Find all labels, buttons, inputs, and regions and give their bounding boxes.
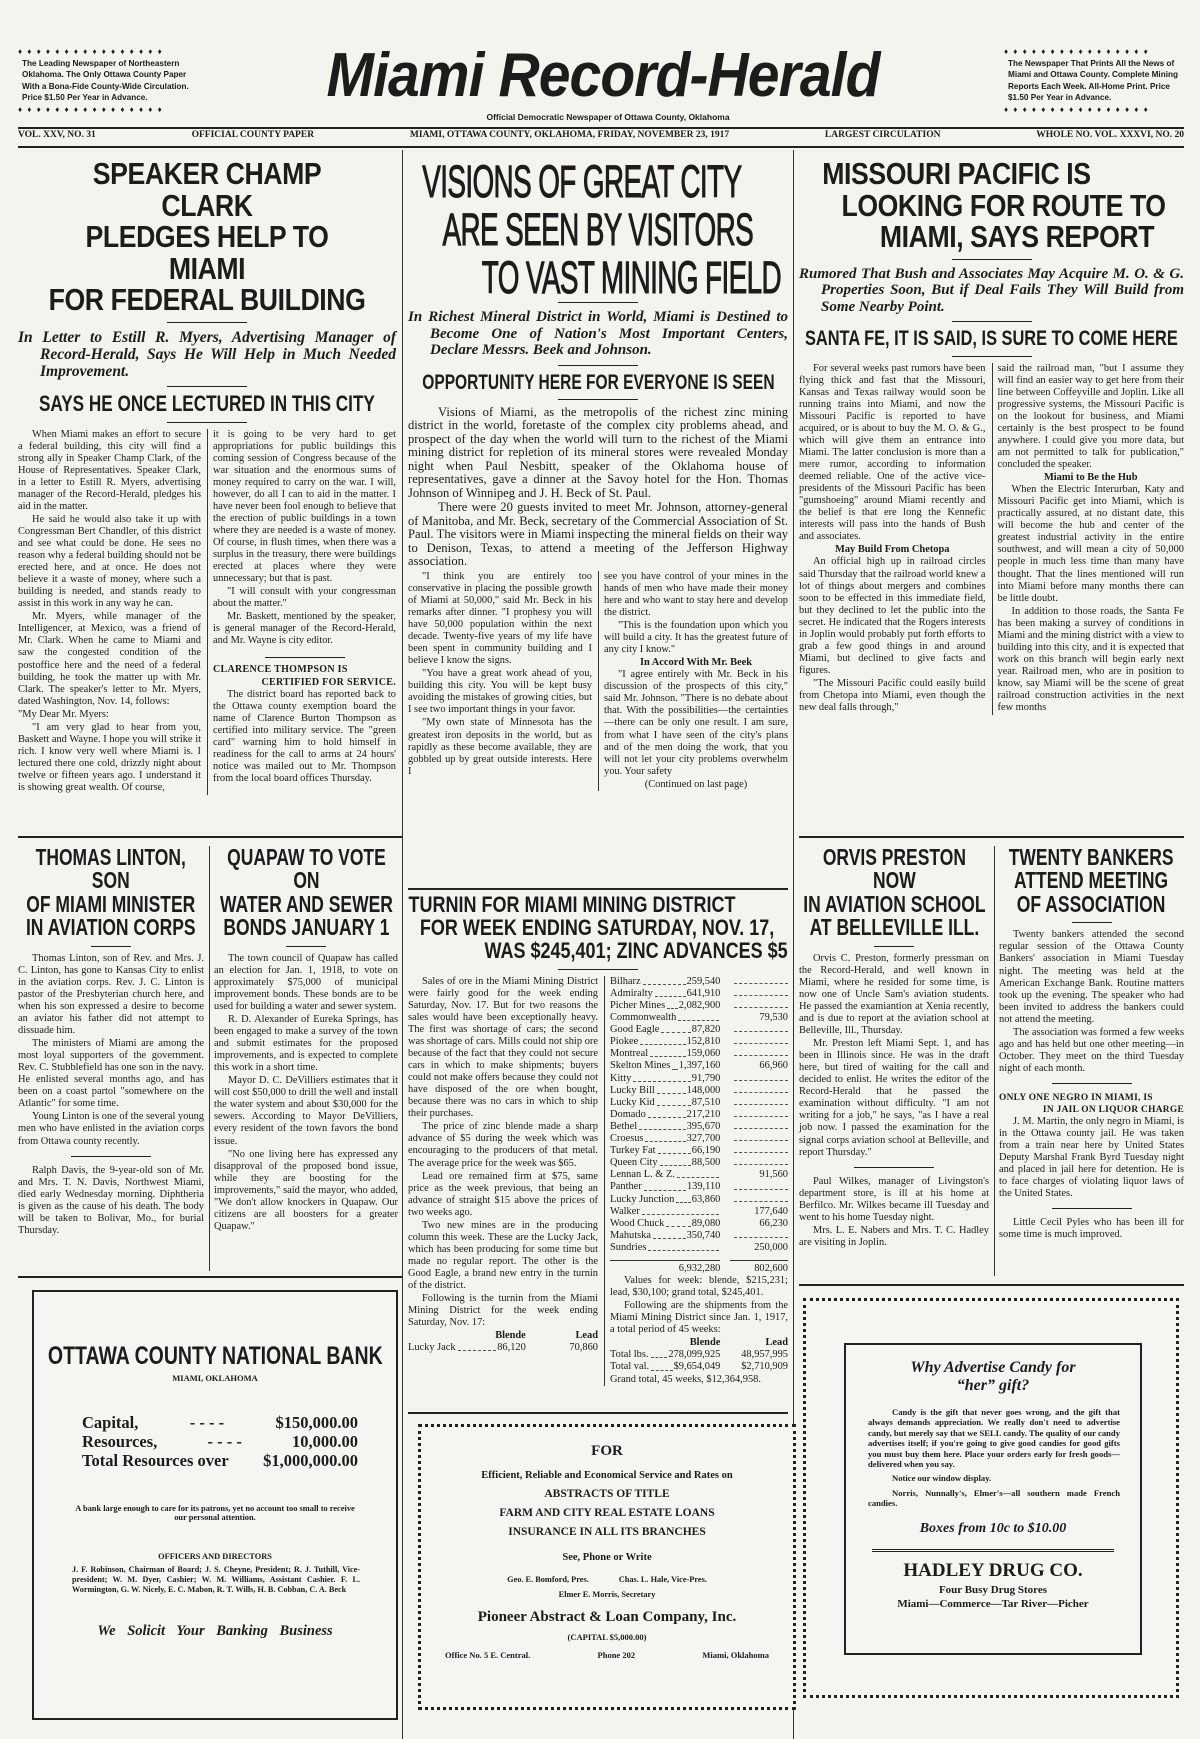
paragraph: Mr. Baskett, mentioned by the speaker, i… xyxy=(213,611,396,647)
paragraph: Candy is the gift that never goes wrong,… xyxy=(868,1407,1120,1469)
mine-blende: 159,060 xyxy=(687,1048,721,1060)
mine-lead xyxy=(734,1109,788,1117)
mine-lead xyxy=(734,976,788,984)
mine-lead xyxy=(734,1085,788,1093)
article-linton: THOMAS LINTON, SON OF MIAMI MINISTER IN … xyxy=(18,846,204,1238)
missouri-body: For several weeks past rumors have been … xyxy=(799,363,1184,715)
mine-blende: 63,860 xyxy=(692,1194,721,1206)
divider xyxy=(265,657,345,658)
service-line: INSURANCE IN ALL ITS BRANCHES xyxy=(421,1523,793,1542)
mine-name: Bethel xyxy=(610,1121,637,1133)
quapaw-body: The town council of Quapaw has called an… xyxy=(214,953,398,1233)
paragraph: In addition to those roads, the Santa Fe… xyxy=(998,606,1185,714)
total-lbs-label: Total lbs. xyxy=(610,1349,649,1361)
paragraph: Following is the turnin from the Miami M… xyxy=(408,1293,598,1329)
paragraph: "I agree entirely with Mr. Beck in his d… xyxy=(604,669,788,777)
header-blende: Blende xyxy=(408,1330,526,1342)
divider xyxy=(952,259,1032,260)
paragraph: Visions of Miami, as the metropolis of t… xyxy=(408,406,788,501)
divider xyxy=(558,969,638,970)
paragraph: Mayor D. C. DeVilliers estimates that it… xyxy=(214,1075,398,1147)
resources-label: Resources, xyxy=(82,1432,157,1451)
service-line: FARM AND CITY REAL ESTATE LOANS xyxy=(421,1504,793,1523)
visions-headline-line: TO VAST MINING FIELD xyxy=(407,254,789,302)
paragraph: "I think you are entirely too conservati… xyxy=(408,571,592,667)
paragraph: "I will consult with your congressman ab… xyxy=(213,586,396,610)
column-rule xyxy=(994,846,995,1276)
mine-lead: 66,960 xyxy=(720,1060,788,1072)
mine-lead: 91,560 xyxy=(720,1169,788,1181)
paragraph: "No one living here has expressed any di… xyxy=(214,1149,398,1233)
mine-name: Queen City xyxy=(610,1157,658,1169)
clark-subhead: SAYS HE ONCE LECTURED IN THIS CITY xyxy=(18,393,395,415)
folio-dateline: Miami, Ottawa County, Oklahoma, Friday, … xyxy=(410,130,729,144)
paragraph: it is going to be very hard to get appro… xyxy=(213,429,396,586)
pioneer-officers-row: Geo. E. Bomford, Pres. Chas. L. Hale, Vi… xyxy=(421,1575,793,1584)
preston-headline: ORVIS PRESTON NOW IN AVIATION SCHOOL AT … xyxy=(799,846,990,940)
mine-lead: 250,000 xyxy=(720,1242,788,1254)
clark-headline: SPEAKER CHAMP CLARK PLEDGES HELP TO MIAM… xyxy=(44,158,369,316)
mine-row: Mahutska350,740 xyxy=(610,1230,788,1242)
mine-name: Montreal xyxy=(610,1048,648,1060)
divider xyxy=(558,399,638,400)
nabers-item: Mrs. L. E. Nabers and Mrs. T. C. Hadley … xyxy=(799,1225,989,1249)
section-rule xyxy=(408,1412,788,1414)
divider xyxy=(1072,922,1112,923)
mine-lead xyxy=(734,1133,788,1141)
mine-name: Mahutska xyxy=(610,1230,651,1242)
mine-blende: 395,670 xyxy=(687,1121,721,1133)
preston-body: Orvis C. Preston, formerly pressman on t… xyxy=(799,953,989,1249)
resources-value: 10,000.00 xyxy=(292,1432,358,1451)
clark-headline-line: PLEDGES HELP TO MIAMI xyxy=(44,221,369,284)
paragraph: Sales of ore in the Miami Mining Distric… xyxy=(408,976,598,1121)
folio-official: Official County Paper xyxy=(192,130,314,144)
masthead: ♦ ♦ ♦ ♦ ♦ ♦ ♦ ♦ ♦ ♦ ♦ ♦ ♦ ♦ ♦ ♦ The Lead… xyxy=(18,44,1184,126)
paragraph: When the Electric Interurban, Katy and M… xyxy=(998,484,1185,604)
divider xyxy=(558,365,638,366)
hadley-boxes: Boxes from 10c to $10.00 xyxy=(846,1521,1140,1537)
paragraph: Notice our window display. xyxy=(868,1473,1120,1483)
folio-circulation: Largest Circulation xyxy=(825,130,941,144)
missouri-deck: Rumored That Bush and Associates May Acq… xyxy=(799,266,1184,316)
mine-name: Skelton Mines xyxy=(610,1060,670,1072)
article-turnin: TURNIN FOR MIAMI MINING DISTRICT FOR WEE… xyxy=(408,894,788,1386)
ad-pioneer-abstract: FOR Efficient, Reliable and Economical S… xyxy=(418,1424,796,1710)
mine-row: Lucky Junction63,860 xyxy=(610,1194,788,1206)
pioneer-secretary: Elmer E. Morris, Secretary xyxy=(421,1590,793,1599)
turnin-col-2: Bilharz259,540Admiralty641,910Picher Min… xyxy=(604,976,788,1386)
mine-blende: 1,397,160 xyxy=(679,1060,721,1072)
paragraph: The price of zinc blende made a sharp ad… xyxy=(408,1121,598,1169)
paragraph: Mr. Preston left Miami Sept. 1, and has … xyxy=(799,1038,989,1158)
paragraph: "My Dear Mr. Myers: xyxy=(18,709,201,721)
pioneer-services-list: ABSTRACTS OF TITLE FARM AND CITY REAL ES… xyxy=(421,1485,793,1542)
bank-solicit: We Solicit Your Banking Business xyxy=(34,1623,396,1640)
mine-row: Queen City88,500 xyxy=(610,1157,788,1169)
paragraph: see you have control of your mines in th… xyxy=(604,571,788,619)
hadley-headline-line: Why Advertise Candy for xyxy=(846,1359,1140,1377)
visions-subhead: OPPORTUNITY HERE FOR EVERYONE IS SEEN xyxy=(407,372,789,393)
pioneer-contact: See, Phone or Write xyxy=(421,1552,793,1563)
section-rule xyxy=(799,1284,1184,1286)
thompson-headline-1: CLARENCE THOMPSON IS xyxy=(213,664,396,676)
paragraph: Twenty bankers attended the second regul… xyxy=(999,929,1184,1025)
turnin-headline-line: TURNIN FOR MIAMI MINING DISTRICT xyxy=(408,894,788,917)
mine-name: Domado xyxy=(610,1109,646,1121)
mine-row: Piokee152,810 xyxy=(610,1036,788,1048)
continued-link[interactable]: (Continued on last page) xyxy=(604,779,788,791)
hadley-body: Candy is the gift that never goes wrong,… xyxy=(868,1407,1120,1509)
linton-body: Thomas Linton, son of Rev. and Mrs. J. C… xyxy=(18,953,204,1237)
mine-blende: 327,700 xyxy=(687,1133,721,1145)
newspaper-title: Miami Record-Herald xyxy=(299,40,906,112)
clark-headline-line: FOR FEDERAL BUILDING xyxy=(44,284,369,316)
mine-blende: 87,510 xyxy=(692,1097,721,1109)
ear-left-dots-top: ♦ ♦ ♦ ♦ ♦ ♦ ♦ ♦ ♦ ♦ ♦ ♦ ♦ ♦ ♦ ♦ xyxy=(18,46,198,58)
pyles-item: Little Cecil Pyles who has been ill for … xyxy=(999,1217,1184,1241)
divider xyxy=(952,356,1032,357)
visions-headline-line: ARE SEEN BY VISITORS xyxy=(407,206,789,254)
bank-motto: A bank large enough to care for its patr… xyxy=(70,1504,360,1522)
paragraph: Lead ore remained firm at $75, same pric… xyxy=(408,1171,598,1219)
divider xyxy=(872,1549,1114,1554)
folio-volume: Vol. XXV, No. 31 xyxy=(18,130,96,144)
mine-row: Bethel395,670 xyxy=(610,1121,788,1133)
mine-blende: 66,190 xyxy=(692,1145,721,1157)
mine-lead xyxy=(734,1000,788,1008)
martin-body: J. M. Martin, the only negro in Miami, i… xyxy=(999,1116,1184,1200)
thompson-headline-2: CERTIFIED FOR SERVICE. xyxy=(213,677,396,689)
linton-headline-line: THOMAS LINTON, SON xyxy=(18,846,205,893)
bankers-headline: TWENTY BANKERS ATTEND MEETING OF ASSOCIA… xyxy=(999,846,1185,916)
quapaw-headline: QUAPAW TO VOTE ON WATER AND SEWER BONDS … xyxy=(214,846,399,940)
pioneer-office: Office No. 5 E. Central. xyxy=(445,1650,530,1660)
dashes: - - - - xyxy=(190,1413,224,1432)
pioneer-phone: Phone 202 xyxy=(598,1650,636,1660)
visions-col-1: "I think you are entirely too conservati… xyxy=(408,571,592,791)
mine-blende: 259,540 xyxy=(687,976,721,988)
mine-name: Commonwealth xyxy=(610,1012,676,1024)
missouri-col-2: said the railroad man, "but I assume the… xyxy=(992,363,1185,715)
capital-value: $150,000.00 xyxy=(276,1413,359,1432)
mine-blende: 152,810 xyxy=(687,1036,721,1048)
shipments-since: Following are the shipments from the Mia… xyxy=(610,1300,788,1336)
mine-blende: 87,820 xyxy=(692,1024,721,1036)
paragraph: Thomas Linton, son of Rev. and Mrs. J. C… xyxy=(18,953,204,1037)
mine-blende: 88,500 xyxy=(692,1157,721,1169)
paragraph: Two new mines are in the producing colum… xyxy=(408,1220,598,1292)
mine-row: Lucky Jack86,120 70,860 xyxy=(408,1342,598,1354)
ear-right: ♦ ♦ ♦ ♦ ♦ ♦ ♦ ♦ ♦ ♦ ♦ ♦ ♦ ♦ ♦ ♦ The News… xyxy=(1004,46,1184,115)
since-header-lead: Lead xyxy=(720,1337,788,1349)
missouri-headline-line: LOOKING FOR ROUTE TO xyxy=(823,190,1200,222)
turnin-table-header: Blende Lead xyxy=(408,1330,598,1342)
divider xyxy=(167,322,247,323)
mine-lead xyxy=(734,1230,788,1238)
paragraph: "I am very glad to hear from you, Basket… xyxy=(18,722,201,794)
missouri-col-1: For several weeks past rumors have been … xyxy=(799,363,986,715)
paragraph: said the railroad man, "but I assume the… xyxy=(998,363,1185,471)
preston-headline-line: IN AVIATION SCHOOL xyxy=(799,893,990,916)
ear-left-text: The Leading Newspaper of Northeastern Ok… xyxy=(18,58,198,104)
total-val-blende: $9,654,049 xyxy=(674,1361,721,1373)
turnin-headline-line: WAS $245,401; ZINC ADVANCES $5 xyxy=(408,940,788,963)
hadley-inner-box: Why Advertise Candy for “her” gift? Cand… xyxy=(844,1343,1142,1655)
total-lbs-blende: 278,099,925 xyxy=(668,1349,720,1361)
article-clark: SPEAKER CHAMP CLARK PLEDGES HELP TO MIAM… xyxy=(18,158,396,795)
clark-deck: In Letter to Estill R. Myers, Advertisin… xyxy=(18,329,396,380)
mine-lead xyxy=(734,1048,788,1056)
mine-name: Good Eagle xyxy=(610,1024,659,1036)
mine-name: Piokee xyxy=(610,1036,638,1048)
bank-officers-heading: OFFICERS AND DIRECTORS xyxy=(34,1552,396,1561)
pioneer-vice-president: Chas. L. Hale, Vice-Pres. xyxy=(619,1575,707,1584)
divider xyxy=(952,321,1032,322)
mine-lead xyxy=(734,1036,788,1044)
divider xyxy=(874,946,914,947)
newspaper-page: ♦ ♦ ♦ ♦ ♦ ♦ ♦ ♦ ♦ ♦ ♦ ♦ ♦ ♦ ♦ ♦ The Lead… xyxy=(18,0,1184,1739)
visions-col2-subhead: In Accord With Mr. Beek xyxy=(604,657,788,669)
total-lbs-row: Total lbs.278,099,92548,957,995 xyxy=(610,1349,788,1361)
mine-name: Lennan L. & Z. xyxy=(610,1169,675,1181)
newspaper-subtitle: Official Democratic Newspaper of Ottawa … xyxy=(358,112,858,122)
mine-name: Turkey Fat xyxy=(610,1145,656,1157)
missouri-headline: MISSOURI PACIFIC IS LOOKING FOR ROUTE TO… xyxy=(823,158,1200,253)
capital-label: Capital, xyxy=(82,1413,138,1432)
folio-rule-bottom xyxy=(18,146,1184,148)
wilkes-item: Paul Wilkes, manager of Livingston's dep… xyxy=(799,1176,989,1224)
mine-row: Lucky Bill148,000 xyxy=(610,1085,788,1097)
mine-row: Picher Mines2,082,900 xyxy=(610,1000,788,1012)
mine-blende: 86,120 xyxy=(497,1342,526,1354)
hadley-locations: Miami—Commerce—Tar River—Picher xyxy=(846,1598,1140,1610)
folio-line: Vol. XXV, No. 31 Official County Paper M… xyxy=(18,130,1184,144)
divider xyxy=(71,1156,151,1157)
mine-blende: 641,910 xyxy=(687,988,721,1000)
hadley-stores: Four Busy Drug Stores xyxy=(846,1584,1140,1596)
bankers-headline-line: OF ASSOCIATION xyxy=(999,893,1185,916)
preston-headline-line: ORVIS PRESTON NOW xyxy=(799,846,990,893)
ear-left: ♦ ♦ ♦ ♦ ♦ ♦ ♦ ♦ ♦ ♦ ♦ ♦ ♦ ♦ ♦ ♦ The Lead… xyxy=(18,46,198,115)
mine-row: Commonwealth79,530 xyxy=(610,1012,788,1024)
visions-headline-line: VISIONS OF GREAT CITY xyxy=(407,158,789,206)
total-val-row: Total val.$9,654,049$2,710,909 xyxy=(610,1361,788,1373)
divider xyxy=(91,946,131,947)
quapaw-headline-line: BONDS JANUARY 1 xyxy=(214,916,399,939)
ear-right-text: The Newspaper That Prints All the News o… xyxy=(1004,58,1184,104)
thompson-body: The district board has reported back to … xyxy=(213,689,396,785)
mine-name: Lucky Kid xyxy=(610,1097,655,1109)
divider xyxy=(286,946,326,947)
mine-name: Lucky Bill xyxy=(610,1085,655,1097)
mine-lead xyxy=(734,1073,788,1081)
missouri-subhead: SANTA FE, IT IS SAID, IS SURE TO COME HE… xyxy=(799,328,1183,349)
paragraph: When Miami makes an effort to secure a f… xyxy=(18,429,201,513)
mine-row: Wood Chuck89,08066,230 xyxy=(610,1218,788,1230)
bank-capital-row: Capital, - - - - $150,000.00 xyxy=(82,1413,358,1432)
mine-row: Panther139,110 xyxy=(610,1181,788,1193)
mine-row: Good Eagle87,820 xyxy=(610,1024,788,1036)
article-quapaw: QUAPAW TO VOTE ON WATER AND SEWER BONDS … xyxy=(214,846,398,1234)
paragraph: He said he would also take it up with Co… xyxy=(18,514,201,610)
mine-lead xyxy=(734,1157,788,1165)
visions-body: "I think you are entirely too conservati… xyxy=(408,571,788,791)
folio-rule-top xyxy=(18,127,1184,129)
total-blende: 6,932,280 xyxy=(610,1260,720,1275)
values-for-week: Values for week: blende, $215,231; lead,… xyxy=(610,1275,788,1299)
mine-name: Wood Chuck xyxy=(610,1218,664,1230)
ad-hadley-drug: Why Advertise Candy for “her” gift? Cand… xyxy=(803,1298,1179,1698)
section-rule xyxy=(18,836,402,838)
section-rule xyxy=(799,836,1184,838)
paragraph: The ministers of Miami are among the mos… xyxy=(18,1038,204,1110)
total-label: Total Resources over xyxy=(82,1451,229,1470)
service-line: ABSTRACTS OF TITLE xyxy=(421,1485,793,1504)
bank-officers: J. F. Robinson, Chairman of Board; J. S.… xyxy=(72,1565,360,1595)
clark-headline-line: SPEAKER CHAMP CLARK xyxy=(44,158,369,221)
mine-lead xyxy=(734,1145,788,1153)
pioneer-city: Miami, Oklahoma xyxy=(702,1650,769,1660)
paragraph: "This is the foundation upon which you w… xyxy=(604,620,788,656)
column-rule xyxy=(209,846,210,1271)
martin-headline-2: IN JAIL ON LIQUOR CHARGE xyxy=(999,1104,1184,1116)
mine-name: Panther xyxy=(610,1181,642,1193)
martin-headline-1: ONLY ONE NEGRO IN MIAMI, IS xyxy=(999,1092,1184,1104)
visions-headline: VISIONS OF GREAT CITY ARE SEEN BY VISITO… xyxy=(407,158,789,302)
divider xyxy=(167,422,247,423)
mine-row: Turkey Fat66,190 xyxy=(610,1145,788,1157)
pioneer-for: FOR xyxy=(421,1443,793,1460)
paragraph: For several weeks past rumors have been … xyxy=(799,363,986,544)
mine-row: Lucky Kid87,510 xyxy=(610,1097,788,1109)
bank-name: OTTAWA COUNTY NATIONAL BANK xyxy=(31,1344,398,1370)
bank-figures: Capital, - - - - $150,000.00 Resources, … xyxy=(82,1413,358,1470)
mine-lead: 79,530 xyxy=(720,1012,788,1024)
clark-col-1: When Miami makes an effort to secure a f… xyxy=(18,429,201,795)
mine-blende: 91,790 xyxy=(692,1073,721,1085)
linton-headline: THOMAS LINTON, SON OF MIAMI MINISTER IN … xyxy=(18,846,205,940)
mine-name: Sundries xyxy=(610,1242,646,1254)
ear-right-dots-bottom: ♦ ♦ ♦ ♦ ♦ ♦ ♦ ♦ ♦ ♦ ♦ ♦ ♦ ♦ ♦ ♦ xyxy=(1004,104,1184,116)
since-header-blende: Blende xyxy=(610,1337,720,1349)
total-value: $1,000,000.00 xyxy=(263,1451,358,1470)
paragraph: R. D. Alexander of Eureka Springs, has b… xyxy=(214,1014,398,1074)
mine-row: Lennan L. & Z.91,560 xyxy=(610,1169,788,1181)
clark-body: When Miami makes an effort to secure a f… xyxy=(18,429,396,795)
visions-col-2: see you have control of your mines in th… xyxy=(598,571,788,791)
paragraph: The town council of Quapaw has called an… xyxy=(214,953,398,1013)
mine-name: Lucky Junction xyxy=(610,1194,674,1206)
mine-blende: 217,210 xyxy=(687,1109,721,1121)
mine-name: Croesus xyxy=(610,1133,643,1145)
mine-name: Picher Mines xyxy=(610,1000,665,1012)
mine-name: Kitty xyxy=(610,1073,631,1085)
mine-row: Walker177,640 xyxy=(610,1206,788,1218)
paragraph: Mr. Myers, while manager of the Intellig… xyxy=(18,611,201,707)
visions-lead: Visions of Miami, as the metropolis of t… xyxy=(408,406,788,569)
hadley-headline-line: “her” gift? xyxy=(846,1377,1140,1395)
hadley-headline: Why Advertise Candy for “her” gift? xyxy=(846,1359,1140,1395)
article-missouri-pacific: MISSOURI PACIFIC IS LOOKING FOR ROUTE TO… xyxy=(799,158,1184,715)
paragraph: "The Missouri Pacific could easily build… xyxy=(799,678,986,714)
mine-name: Bilharz xyxy=(610,976,641,988)
quapaw-headline-line: QUAPAW TO VOTE ON xyxy=(214,846,399,893)
paragraph: "You have a great work ahead of you, bui… xyxy=(408,668,592,716)
missouri-headline-line: MISSOURI PACIFIC IS xyxy=(823,158,1200,190)
bank-total-row: Total Resources over $1,000,000.00 xyxy=(82,1451,358,1470)
paragraph: Norris, Nunnally's, Elmer's—all southern… xyxy=(868,1488,1120,1509)
mine-row: Skelton Mines1,397,16066,960 xyxy=(610,1060,788,1072)
article-visions: VISIONS OF GREAT CITY ARE SEEN BY VISITO… xyxy=(408,158,788,791)
bank-resources-row: Resources, - - - - 10,000.00 xyxy=(82,1432,358,1451)
hadley-company: HADLEY DRUG CO. xyxy=(846,1560,1140,1582)
divider xyxy=(854,1167,934,1168)
turnin-headline-line: FOR WEEK ENDING SATURDAY, NOV. 17, xyxy=(408,917,788,940)
mine-lead: 177,640 xyxy=(720,1206,788,1218)
bankers-body: Twenty bankers attended the second regul… xyxy=(999,929,1184,1241)
mine-row: Admiralty641,910 xyxy=(610,988,788,1000)
mine-lead xyxy=(734,1121,788,1129)
mine-lead xyxy=(734,1194,788,1202)
mine-name: Walker xyxy=(610,1206,640,1218)
header-lead: Lead xyxy=(526,1330,598,1342)
missouri-headline-line: MIAMI, SAYS REPORT xyxy=(823,221,1200,253)
mine-blende: 2,082,900 xyxy=(679,1000,721,1012)
grand-total: Grand total, 45 weeks, $12,364,958. xyxy=(610,1374,788,1386)
mine-blende: 350,740 xyxy=(687,1230,721,1242)
total-lbs-lead: 48,957,995 xyxy=(720,1349,788,1361)
visions-deck: In Richest Mineral District in World, Mi… xyxy=(408,309,788,359)
mine-lead xyxy=(734,1097,788,1105)
preston-headline-line: AT BELLEVILLE ILL. xyxy=(799,916,990,939)
mine-row: Domado217,210 xyxy=(610,1109,788,1121)
mine-name: Admiralty xyxy=(610,988,653,1000)
since-header: BlendeLead xyxy=(610,1337,788,1349)
mine-blende: 148,000 xyxy=(687,1085,721,1097)
turnin-col-1: Sales of ore in the Miami Mining Distric… xyxy=(408,976,598,1386)
paragraph: The association was formed a few weeks a… xyxy=(999,1027,1184,1075)
section-rule xyxy=(408,888,788,890)
total-val-label: Total val. xyxy=(610,1361,649,1373)
missouri-col2-subhead: Miami to Be the Hub xyxy=(998,472,1185,484)
clark-col-2: it is going to be very hard to get appro… xyxy=(207,429,396,795)
mine-name: Lucky Jack xyxy=(408,1342,456,1354)
article-bankers: TWENTY BANKERS ATTEND MEETING OF ASSOCIA… xyxy=(999,846,1184,1242)
paragraph: Young Linton is one of the several young… xyxy=(18,1111,204,1147)
mine-blende: 89,080 xyxy=(692,1218,721,1230)
divider xyxy=(167,386,247,387)
turnin-body: Sales of ore in the Miami Mining Distric… xyxy=(408,976,788,1386)
divider xyxy=(1052,1083,1132,1084)
mine-blende: 139,110 xyxy=(687,1181,720,1193)
total-lead: 802,600 xyxy=(730,1260,788,1275)
pioneer-service: Efficient, Reliable and Economical Servi… xyxy=(421,1470,793,1481)
total-val-lead: $2,710,909 xyxy=(720,1361,788,1373)
bankers-headline-line: ATTEND MEETING xyxy=(999,869,1185,892)
paragraph: "My own state of Minnesota has the great… xyxy=(408,717,592,777)
pioneer-address-row: Office No. 5 E. Central. Phone 202 Miami… xyxy=(445,1650,769,1660)
missouri-col1-subhead: May Build From Chetopa xyxy=(799,544,986,556)
mine-row: Montreal159,060 xyxy=(610,1048,788,1060)
pioneer-capital: (CAPITAL $5,000.00) xyxy=(421,1632,793,1642)
bankers-headline-line: TWENTY BANKERS xyxy=(999,846,1185,869)
ad-ottawa-county-national-bank: OTTAWA COUNTY NATIONAL BANK MIAMI, OKLAH… xyxy=(32,1290,398,1720)
folio-whole-number: Whole No. Vol. XXXVI, No. 20 xyxy=(1036,130,1184,144)
mine-lead xyxy=(734,1024,788,1032)
mine-lead: 70,860 xyxy=(526,1342,598,1354)
turnin-headline: TURNIN FOR MIAMI MINING DISTRICT FOR WEE… xyxy=(408,894,788,963)
